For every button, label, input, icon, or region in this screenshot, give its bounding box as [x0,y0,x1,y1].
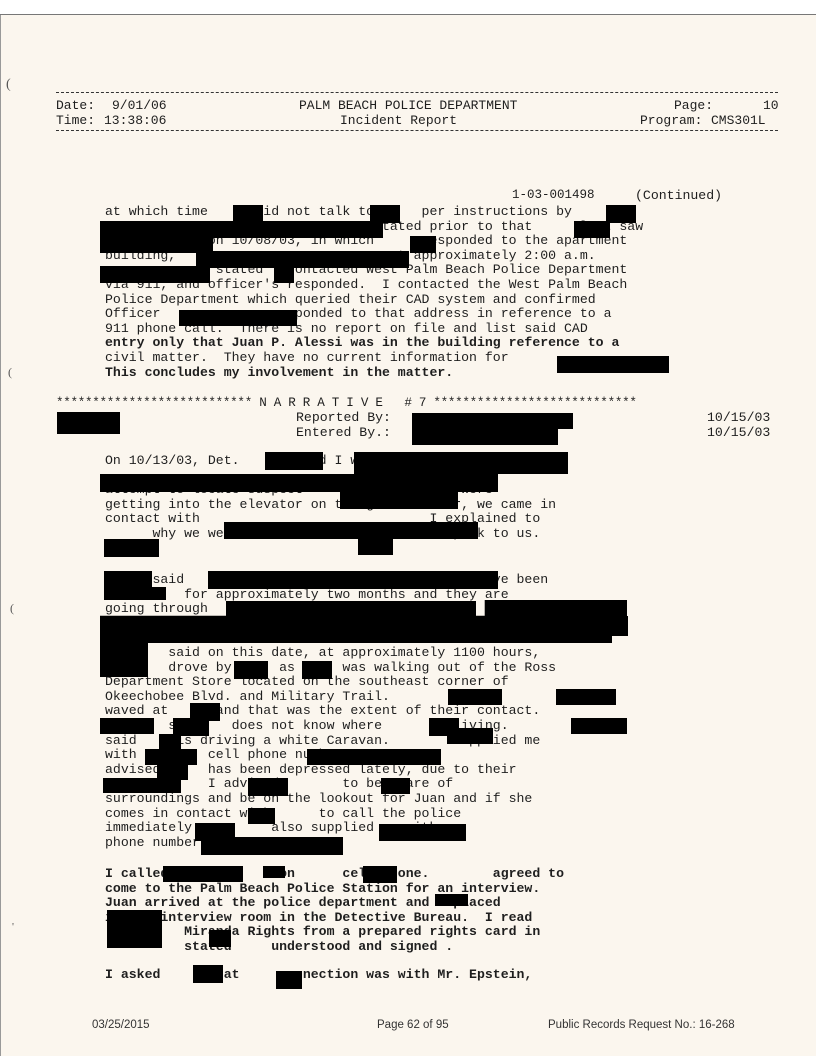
redaction-box [363,866,397,883]
text-line: This concludes my involvement in the mat… [105,365,453,380]
header-bottom-rule [56,130,778,131]
reported-date: 10/15/03 [707,410,770,425]
header-top-rule [56,92,778,93]
redaction-box [358,539,393,555]
footer-date: 03/25/2015 [92,1019,150,1031]
redaction-box [340,492,458,509]
redaction-box [209,930,231,947]
time-label: Time: [56,113,95,128]
redaction-box [103,778,181,793]
text-line: 911 phone call. There is no report on fi… [105,321,588,336]
redaction-box [381,778,410,794]
redaction-box [302,661,332,679]
text-line: Police Department which queried their CA… [105,292,596,307]
redaction-box [263,866,285,878]
redaction-box [276,971,302,989]
redaction-box [379,824,466,841]
redaction-box [179,310,297,326]
redaction-box [265,452,323,470]
text-line: phone number, [105,835,208,850]
redaction-box [448,689,502,705]
redaction-box [447,728,493,744]
redaction-box [248,778,288,796]
redaction-box [57,412,120,434]
text-line: waved at and that was the extent of thei… [105,703,540,718]
redaction-box [100,631,612,643]
redaction-box [193,965,223,983]
redaction-box [100,474,498,492]
redaction-box [100,266,210,283]
text-line: come to the Palm Beach Police Station fo… [105,881,540,896]
redaction-box [159,734,181,750]
redaction-box [226,601,476,616]
redaction-box [201,837,343,855]
redaction-box [104,587,166,600]
scan-mark: ( [6,77,11,93]
report-type: Incident Report [340,113,457,128]
redaction-box [145,749,197,765]
text-line: civil matter. They have no current infor… [105,350,509,365]
text-line: getting into the elevator on the ground … [105,497,556,512]
text-line: Miranda Rights from a prepared rights ca… [105,924,540,939]
program-label: Program: [640,113,702,128]
case-number: 1-03-001498 [512,188,595,203]
scan-mark: ( [10,601,14,616]
footer-request-number: Public Records Request No.: 16-268 [548,1019,735,1031]
text-line: going through [105,601,208,616]
report-time: 13:38:06 [104,113,166,128]
redaction-box [557,356,669,373]
scan-mark: ( [8,365,12,380]
redaction-box [307,749,441,765]
text-line: said on this date, at approximately 1100… [105,645,540,660]
page-number: 10 [763,98,779,113]
redaction-box [435,894,468,906]
redaction-box [274,266,294,283]
date-label: Date: [56,98,95,113]
narrative-banner: *************************** N A R R A T … [56,396,637,411]
agency-name: PALM BEACH POLICE DEPARTMENT [299,98,517,113]
program-code: CMS301L [711,113,766,128]
entered-by-label: Entered By.: [296,425,391,440]
redaction-box [571,718,627,734]
redaction-box [412,428,558,445]
redaction-box [208,571,498,589]
redaction-box [234,661,268,679]
redaction-box [574,221,610,238]
redaction-box [100,718,154,734]
footer-page: Page 62 of 95 [377,1019,449,1031]
redaction-box [556,689,616,705]
text-line: entry only that Juan P. Alessi was in th… [105,335,619,350]
redaction-box [196,251,409,268]
redaction-box [100,643,148,677]
redaction-box [104,539,159,557]
redaction-box [354,452,568,474]
text-line: Okeechobee Blvd. and Military Trail. sai… [105,689,485,704]
report-date: 9/01/06 [112,98,167,113]
reported-by-label: Reported By: [296,410,391,425]
redaction-box [107,910,162,948]
text-line: I asked what connection was with Mr. Eps… [105,967,532,982]
text-line: at which time did not talk to per instru… [105,204,572,219]
page-label: Page: [674,98,713,113]
text-line: comes in contact with to call the police [105,806,461,821]
redaction-box [410,236,436,253]
redaction-box [224,522,478,539]
text-line: in the interview room in the Detective B… [105,910,532,925]
scan-mark: ' [12,921,14,933]
document-page: ( ( ( ' Date: 9/01/06 Time: 13:38:06 PAL… [0,14,816,1056]
redaction-box [248,808,275,824]
redaction-box [412,413,573,429]
redaction-box [163,866,243,882]
case-status: (Continued) [635,188,722,203]
text-line: surroundings and be on the lookout for J… [105,791,532,806]
redaction-box [606,205,636,223]
entered-date: 10/15/03 [707,425,770,440]
